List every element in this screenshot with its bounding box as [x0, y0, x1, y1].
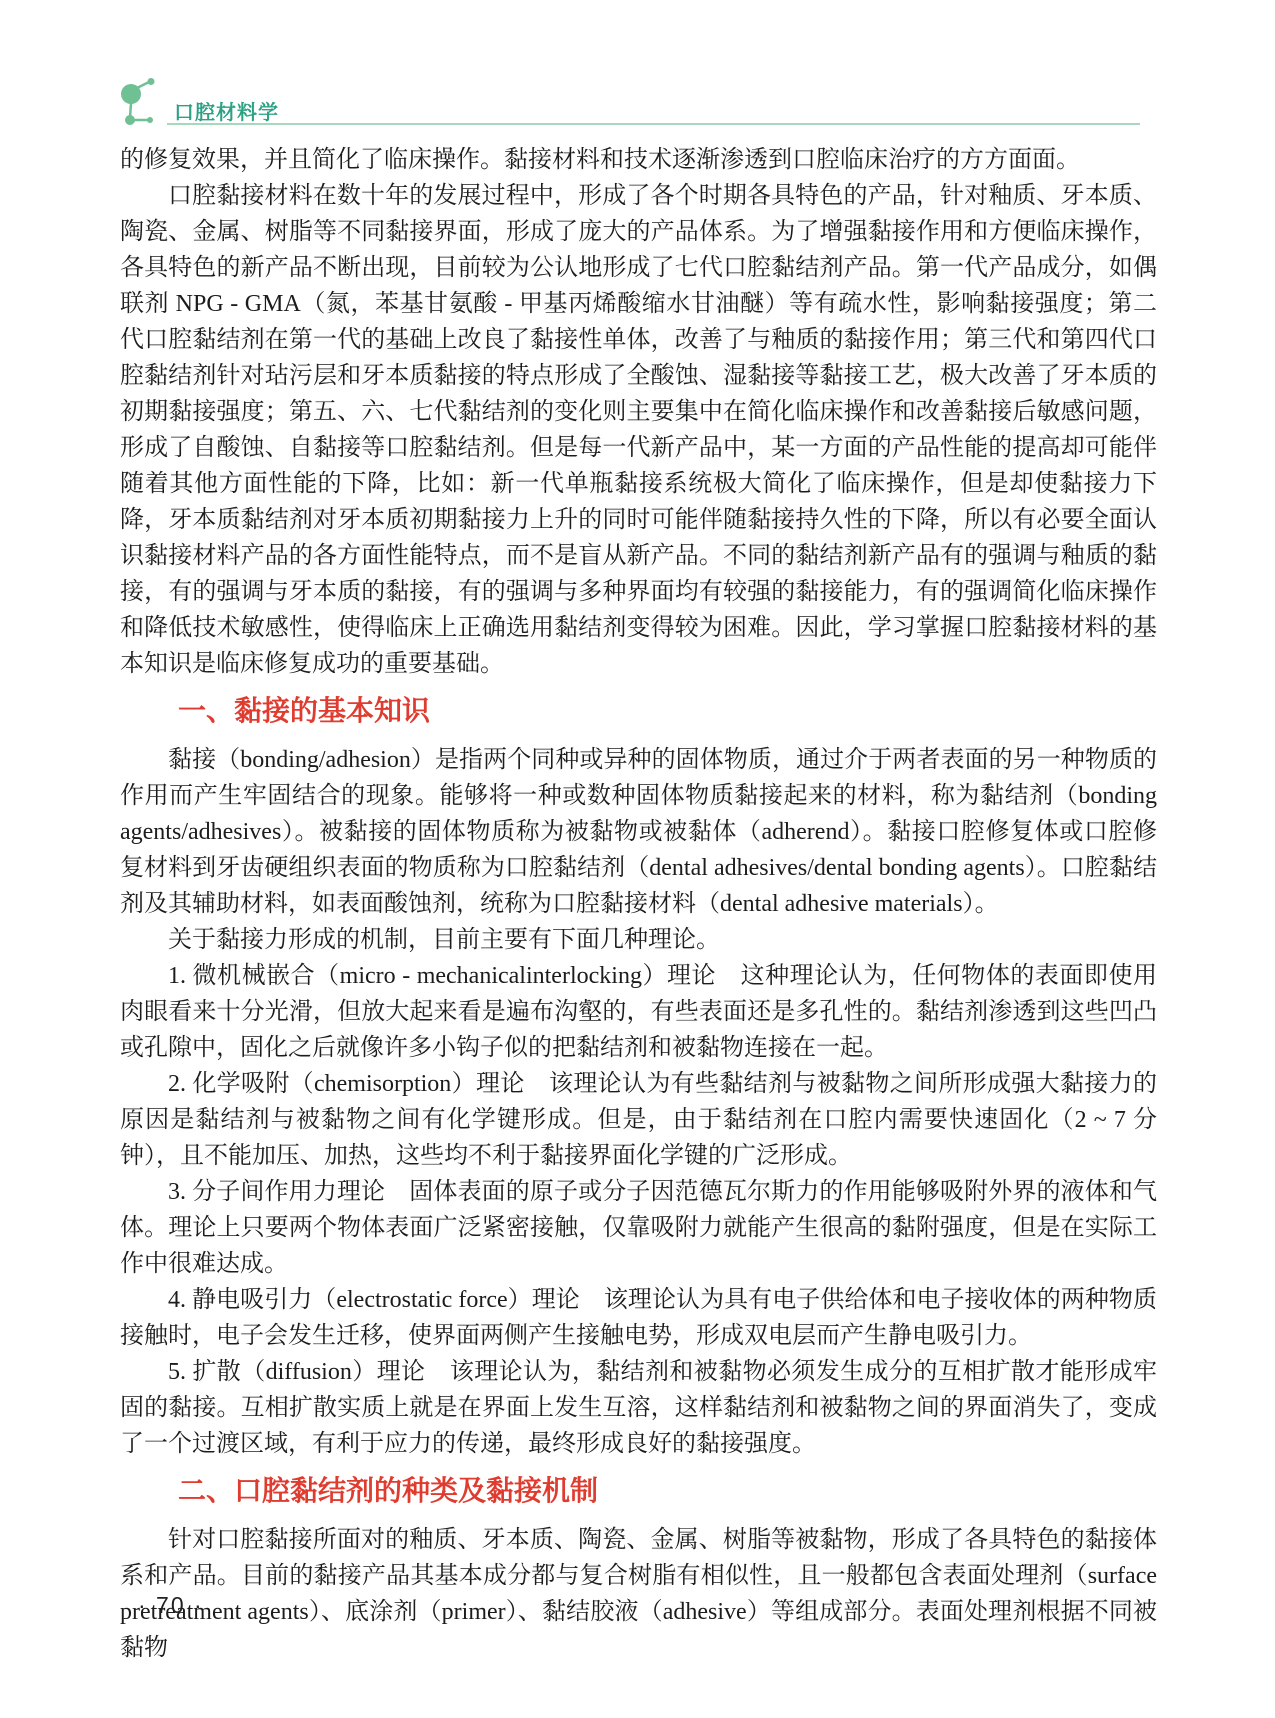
molecule-logo-icon — [115, 78, 177, 128]
page-header: 口腔材料学 — [0, 0, 1275, 130]
book-title: 口腔材料学 — [174, 96, 279, 125]
body-paragraph: 的修复效果，并且简化了临床操作。黏接材料和技术逐渐渗透到口腔临床治疗的方方面面。 — [120, 142, 1157, 178]
body-paragraph-theory-5: 5. 扩散（diffusion）理论 该理论认为，黏结剂和被黏物必须发生成分的互… — [120, 1354, 1157, 1462]
section-heading-1: 一、黏接的基本知识 — [178, 696, 1157, 726]
page: 口腔材料学 的修复效果，并且简化了临床操作。黏接材料和技术逐渐渗透到口腔临床治疗… — [0, 0, 1275, 1718]
body-paragraph: 口腔黏接材料在数十年的发展过程中，形成了各个时期各具特色的产品，针对釉质、牙本质… — [120, 178, 1157, 682]
body-paragraph-theory-1: 1. 微机械嵌合（micro - mechanicalinterlocking）… — [120, 958, 1157, 1066]
body-paragraph-theory-2: 2. 化学吸附（chemisorption）理论 该理论认为有些黏结剂与被黏物之… — [120, 1066, 1157, 1174]
body-paragraph: 黏接（bonding/adhesion）是指两个同种或异种的固体物质，通过介于两… — [120, 742, 1157, 922]
section-heading-2: 二、口腔黏结剂的种类及黏接机制 — [178, 1476, 1157, 1506]
page-number: · 70 · — [138, 1592, 204, 1619]
body-paragraph-theory-4: 4. 静电吸引力（electrostatic force）理论 该理论认为具有电… — [120, 1282, 1157, 1354]
body-paragraph-theory-3: 3. 分子间作用力理论 固体表面的原子或分子因范德瓦尔斯力的作用能够吸附外界的液… — [120, 1174, 1157, 1282]
body-paragraph: 关于黏接力形成的机制，目前主要有下面几种理论。 — [120, 922, 1157, 958]
body-paragraph: 针对口腔黏接所面对的釉质、牙本质、陶瓷、金属、树脂等被黏物，形成了各具特色的黏接… — [120, 1522, 1157, 1666]
header-rule — [167, 123, 1140, 125]
page-body: 的修复效果，并且简化了临床操作。黏接材料和技术逐渐渗透到口腔临床治疗的方方面面。… — [120, 142, 1157, 1666]
